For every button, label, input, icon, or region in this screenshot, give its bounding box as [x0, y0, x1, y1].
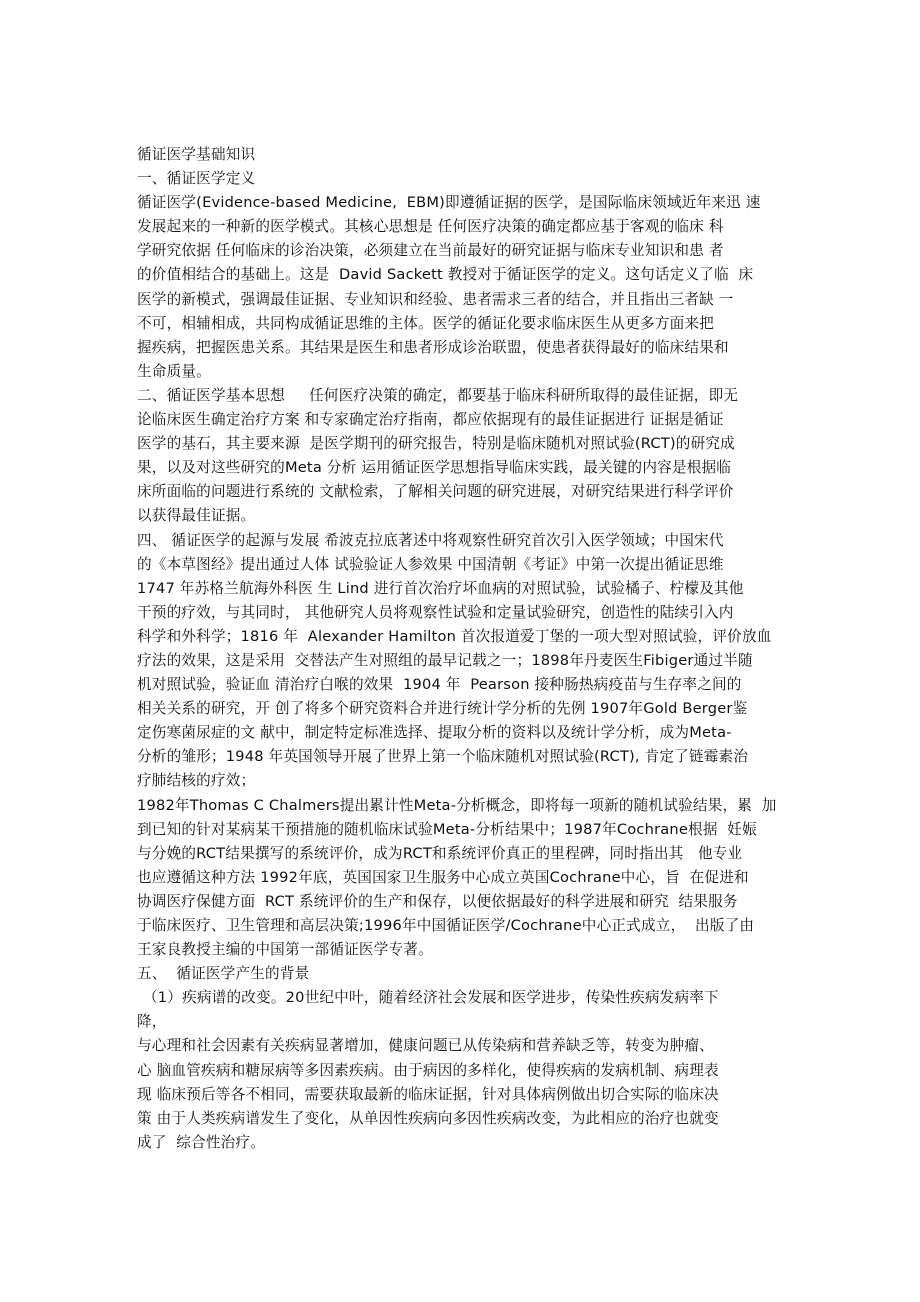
paragraph-line: 协调医疗保健方面 RCT 系统评价的生产和保存，以便依据最好的科学进展和研究 结…: [137, 890, 797, 914]
paragraph-line: 1747 年苏格兰航海外科医 生 Lind 进行首次治疗坏血病的对照试验，试验橘…: [137, 577, 797, 601]
paragraph-line: 成了 综合性治疗。: [137, 1131, 797, 1155]
section-origin: 四、 循证医学的起源与发展 希波克拉底著述中将观察性研究首次引入医学领域；中国宋…: [137, 529, 797, 963]
section-heading: 一、循证医学定义: [137, 167, 797, 191]
paragraph-line: 相关关系的研究，开 创了将多个研究资料合并进行统计学分析的先例 1907年Gol…: [137, 697, 797, 721]
paragraph-line: 王家良教授主编的中国第一部循证医学专著。: [137, 938, 797, 962]
paragraph-line: 不可，相辅相成，共同构成循证思维的主体。医学的循证化要求临床医生从更多方面来把: [137, 312, 797, 336]
paragraph-line: 降，: [137, 1010, 797, 1034]
paragraph-line: 分析的雏形；1948 年英国领导开展了世界上第一个临床随机对照试验(RCT), …: [137, 745, 797, 769]
paragraph-line: 的《本草图经》提出通过人体 试验验证人参效果 中国清朝《考证》中第一次提出循证思…: [137, 553, 797, 577]
paragraph-line: 机对照试验，验证血 清治疗白喉的效果 1904 年 Pearson 接种肠热病疫…: [137, 673, 797, 697]
paragraph-line: 握疾病，把握医患关系。其结果是医生和患者形成诊治联盟，使患者获得最好的临床结果和: [137, 336, 797, 360]
section-basic-idea: 二、循证医学基本思想 任何医疗决策的确定，都要基于临床科研所取得的最佳证据，即无…: [137, 384, 797, 529]
paragraph-line: 也应遵循这种方法 1992年底，英国国家卫生服务中心成立英国Cochrane中心…: [137, 866, 797, 890]
paragraph-line: 生命质量。: [137, 360, 797, 384]
paragraph-line: （1）疾病谱的改变。20世纪中叶，随着经济社会发展和医学进步，传染性疾病发病率下: [137, 986, 797, 1010]
paragraph-line: 床所面临的问题进行系统的 文献检索，了解相关问题的研究进展，对研究结果进行科学评…: [137, 480, 797, 504]
paragraph-line: 循证医学(Evidence-based Medicine, EBM)即遵循证据的…: [137, 191, 797, 215]
paragraph-line: 心 脑血管疾病和糖尿病等多因素疾病。由于病因的多样化，使得疾病的发病机制、病理表: [137, 1059, 797, 1083]
paragraph-line: 与心理和社会因素有关疾病显著增加，健康问题已从传染病和营养缺乏等，转变为肿瘤、: [137, 1034, 797, 1058]
paragraph-line: 学研究依据 任何临床的诊治决策，必须建立在当前最好的研究证据与临床专业知识和患 …: [137, 239, 797, 263]
paragraph-line: 的价值相结合的基础上。这是 David Sackett 教授对于循证医学的定义。…: [137, 263, 797, 287]
paragraph-line: 发展起来的一种新的医学模式。其核心思想是 任何医疗决策的确定都应基于客观的临床 …: [137, 215, 797, 239]
paragraph-line: 1982年Thomas C Chalmers提出累计性Meta-分析概念，即将每…: [137, 794, 797, 818]
paragraph-line: 现 临床预后等各不相同，需要获取最新的临床证据，针对具体病例做出切合实际的临床决: [137, 1083, 797, 1107]
section-definition: 一、循证医学定义 循证医学(Evidence-based Medicine, E…: [137, 167, 797, 384]
paragraph-line: 科学和外科学；1816 年 Alexander Hamilton 首次报道爱丁堡…: [137, 625, 797, 649]
document-page: 循证医学基础知识 一、循证医学定义 循证医学(Evidence-based Me…: [137, 143, 797, 1155]
paragraph-line: 到已知的针对某病某干预措施的随机临床试验Meta-分析结果中；1987年Coch…: [137, 818, 797, 842]
paragraph-line: 与分娩的RCT结果撰写的系统评价，成为RCT和系统评价真正的里程碑，同时指出其 …: [137, 842, 797, 866]
section-heading: 二、循证医学基本思想 任何医疗决策的确定，都要基于临床科研所取得的最佳证据，即无: [137, 384, 797, 408]
section-heading: 五、 循证医学产生的背景: [137, 962, 797, 986]
paragraph-line: 策 由于人类疾病谱发生了变化，从单因性疾病向多因性疾病改变，为此相应的治疗也就变: [137, 1107, 797, 1131]
paragraph-line: 果，以及对这些研究的Meta 分析 运用循证医学思想指导临床实践，最关键的内容是…: [137, 456, 797, 480]
section-heading: 四、 循证医学的起源与发展 希波克拉底著述中将观察性研究首次引入医学领域；中国宋…: [137, 529, 797, 553]
paragraph-line: 疗肺结核的疗效；: [137, 769, 797, 793]
paragraph-line: 于临床医疗、卫生管理和高层决策;1996年中国循证医学/Cochrane中心正式…: [137, 914, 797, 938]
paragraph-line: 疗法的效果，这是采用 交替法产生对照组的最早记载之一；1898年丹麦医生Fibi…: [137, 649, 797, 673]
paragraph-line: 定伤寒菌尿症的文 献中，制定特定标准选择、提取分析的资料以及统计学分析，成为Me…: [137, 721, 797, 745]
document-title: 循证医学基础知识: [137, 143, 797, 167]
paragraph-line: 以获得最佳证据。: [137, 504, 797, 528]
paragraph-line: 医学的基石，其主要来源 是医学期刊的研究报告，特别是临床随机对照试验(RCT)的…: [137, 432, 797, 456]
section-background: 五、 循证医学产生的背景 （1）疾病谱的改变。20世纪中叶，随着经济社会发展和医…: [137, 962, 797, 1155]
paragraph-line: 论临床医生确定治疗方案 和专家确定治疗指南，都应依据现有的最佳证据进行 证据是循…: [137, 408, 797, 432]
paragraph-line: 医学的新模式，强调最佳证据、专业知识和经验、患者需求三者的结合，并且指出三者缺 …: [137, 288, 797, 312]
paragraph-line: 干预的疗效，与其同时， 其他研究人员将观察性试验和定量试验研究，创造性的陆续引入…: [137, 601, 797, 625]
